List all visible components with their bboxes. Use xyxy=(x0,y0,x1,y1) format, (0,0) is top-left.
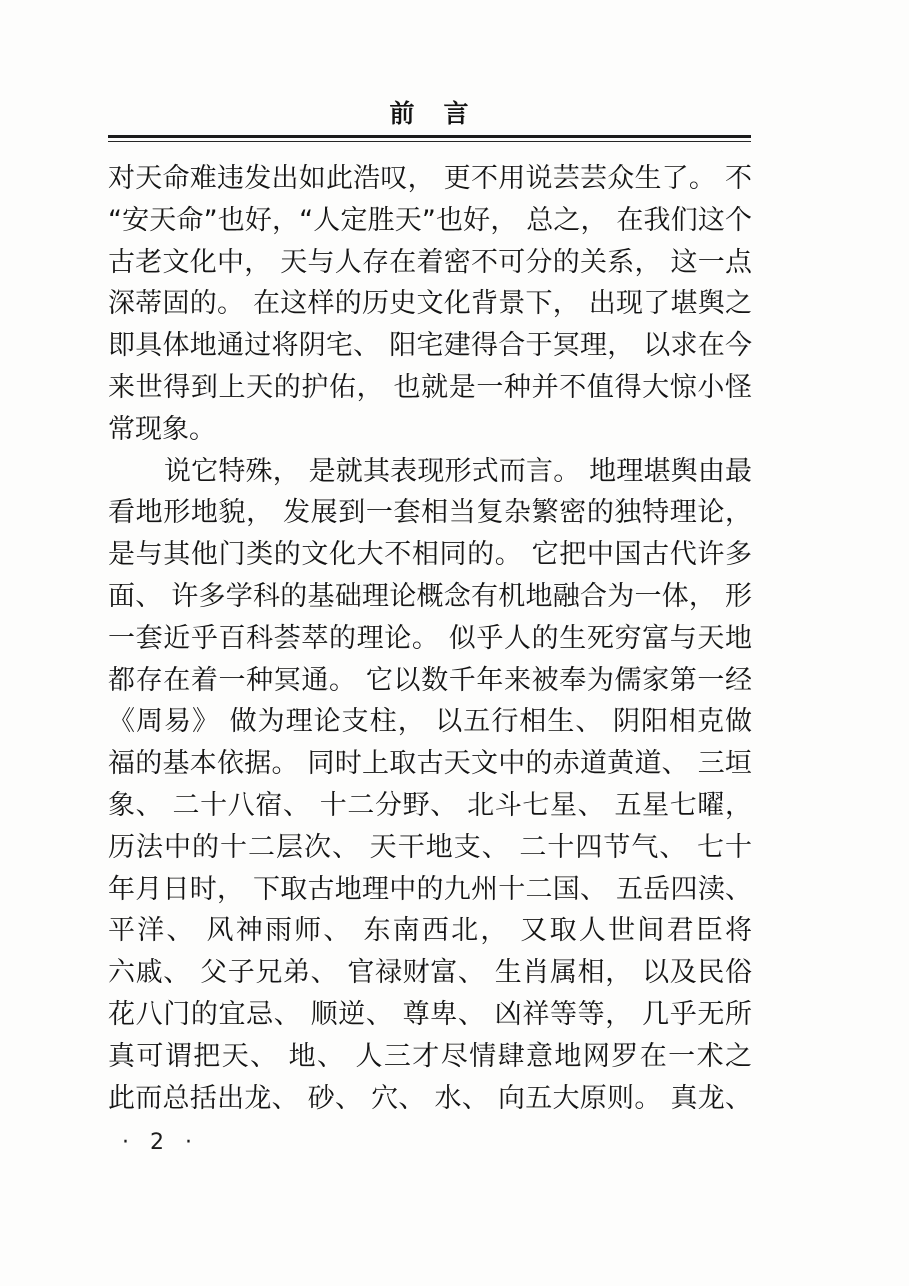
text-line: 年月日时， 下取古地理中的九州十二国、 五岳四渎、 高山 xyxy=(108,869,752,911)
text-line: 对天命难违发出如此浩叹， 更不用说芸芸众生了。 不论是 xyxy=(108,158,752,200)
text-line: 说它特殊， 是就其表现形式而言。 地理堪舆由最初只 xyxy=(108,451,752,493)
book-page: 前 言 对天命难违发出如此浩叹， 更不用说芸芸众生了。 不论是 “安天命”也好，… xyxy=(0,0,909,1286)
text-line: 此而总括出龙、 砂、 穴、 水、 向五大原则。 真龙、 真砂、 xyxy=(108,1078,752,1120)
text-line: 福的基本依据。 同时上取古天文中的赤道黄道、 三垣四 xyxy=(108,743,752,785)
text-line: 《周易》 做为理论支柱， 以五行相生、 阴阳相克做为预验祸 xyxy=(108,701,752,743)
text-line: 平洋、 风神雨师、 东南西北， 又取人世间君臣将相、 五亲 xyxy=(108,910,752,952)
text-line: 花八门的宜忌、 顺逆、 尊卑、 凶祥等等， 几乎无所不包， xyxy=(108,994,752,1036)
body-text: 对天命难违发出如此浩叹， 更不用说芸芸众生了。 不论是 “安天命”也好，“人定胜… xyxy=(108,158,752,1119)
text-line: 看地形地貌， 发展到一套相当复杂繁密的独特理论， 这又 xyxy=(108,492,752,534)
text-line: 真可谓把天、 地、 人三才尽情肆意地网罗在一术之中。 由 xyxy=(108,1036,752,1078)
text-line: 象、 二十八宿、 十二分野、 北斗七星、 五星七曜， 中取古 xyxy=(108,785,752,827)
text-line: 常现象。 xyxy=(108,409,752,451)
text-line: 是与其他门类的文化大不相同的。 它把中国古代许多方 xyxy=(108,534,752,576)
text-line: 六戚、 父子兄弟、 官禄财富、 生肖属相， 以及民俗中的五 xyxy=(108,952,752,994)
text-line: 来世得到上天的护佑， 也就是一种并不值得大惊小怪的平 xyxy=(108,367,752,409)
text-line: 面、 许多学科的基础理论概念有机地融合为一体， 形成了 xyxy=(108,576,752,618)
text-line: 古老文化中， 天与人存在着密不可分的关系， 这一点是根 xyxy=(108,242,752,284)
text-line: 深蒂固的。 在这样的历史文化背景下， 出现了堪舆之术， xyxy=(108,283,752,325)
text-line: 即具体地通过将阴宅、 阳宅建得合于冥理， 以求在今生和 xyxy=(108,325,752,367)
page-number: · 2 · xyxy=(122,1130,199,1155)
text-line: 都存在着一种冥通。 它以数千年来被奉为儒家第一经典的 xyxy=(108,660,752,702)
header-double-rule xyxy=(108,135,751,142)
text-line: “安天命”也好，“人定胜天”也好， 总之， 在我们这个民族的 xyxy=(108,200,752,242)
text-line: 历法中的十二层次、 天干地支、 二十四节气、 七十二候、 xyxy=(108,827,752,869)
page-title: 前 言 xyxy=(108,94,752,130)
text-line: 一套近乎百科荟萃的理论。 似乎人的生死穷富与天地万物 xyxy=(108,618,752,660)
